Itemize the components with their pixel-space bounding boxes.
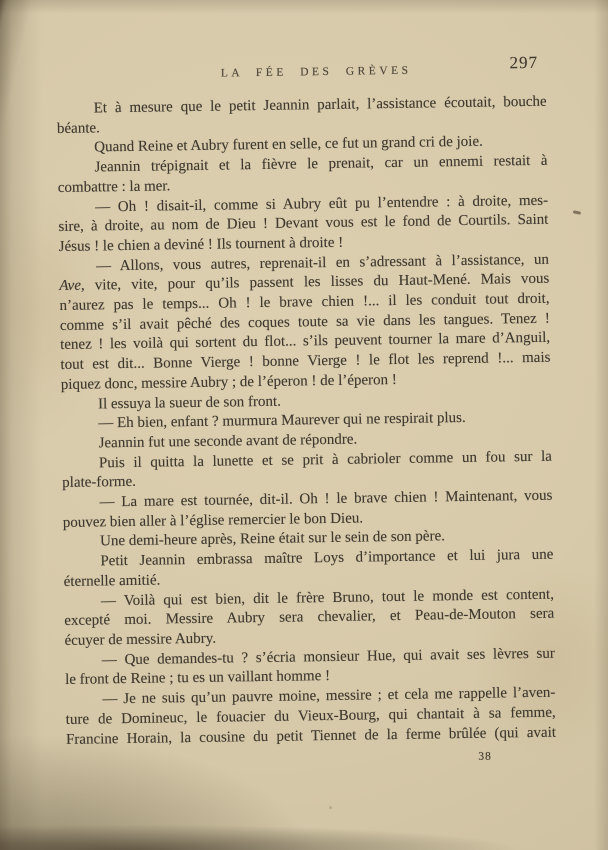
italic-word: Ave: [59, 278, 81, 294]
page-number: 297: [509, 53, 538, 73]
running-title: LA FÉE DES GRÈVES: [86, 60, 546, 87]
ink-speck: [573, 210, 581, 214]
signature-mark: 38: [478, 748, 492, 768]
ink-speck: [329, 806, 332, 809]
text-block: LA FÉE DES GRÈVES 297 Et à mesure que le…: [56, 57, 556, 750]
body-text: Et à mesure que le petit Jeannin parlait…: [57, 93, 557, 750]
book-page-scan: LA FÉE DES GRÈVES 297 Et à mesure que le…: [0, 0, 608, 850]
running-head: LA FÉE DES GRÈVES 297: [56, 57, 546, 80]
